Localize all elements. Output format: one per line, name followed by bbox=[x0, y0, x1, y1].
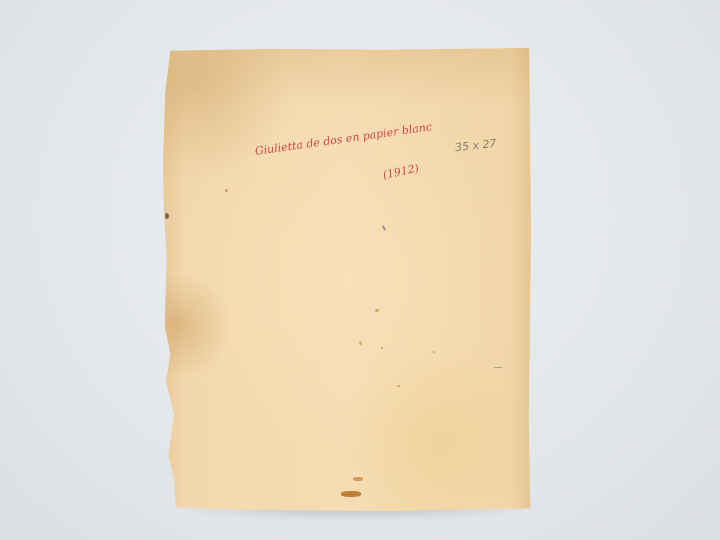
speck bbox=[359, 341, 362, 345]
speck bbox=[165, 213, 169, 219]
speck bbox=[381, 347, 383, 349]
handwritten-date: (1912) bbox=[382, 162, 420, 182]
speck bbox=[397, 385, 400, 387]
speck bbox=[382, 225, 387, 231]
speck bbox=[375, 309, 379, 312]
speck bbox=[225, 189, 228, 192]
speck bbox=[493, 367, 503, 368]
rust-stain bbox=[341, 491, 361, 497]
aged-paper-sheet: Giulietta de dos en papier blanc (1912) … bbox=[163, 47, 531, 512]
rust-stain bbox=[353, 477, 363, 481]
handwritten-title: Giulietta de dos en papier blanc bbox=[254, 120, 433, 158]
speck bbox=[433, 351, 435, 353]
paper-discoloration bbox=[163, 47, 531, 107]
pencil-dimensions: 35 x 27 bbox=[454, 137, 497, 154]
